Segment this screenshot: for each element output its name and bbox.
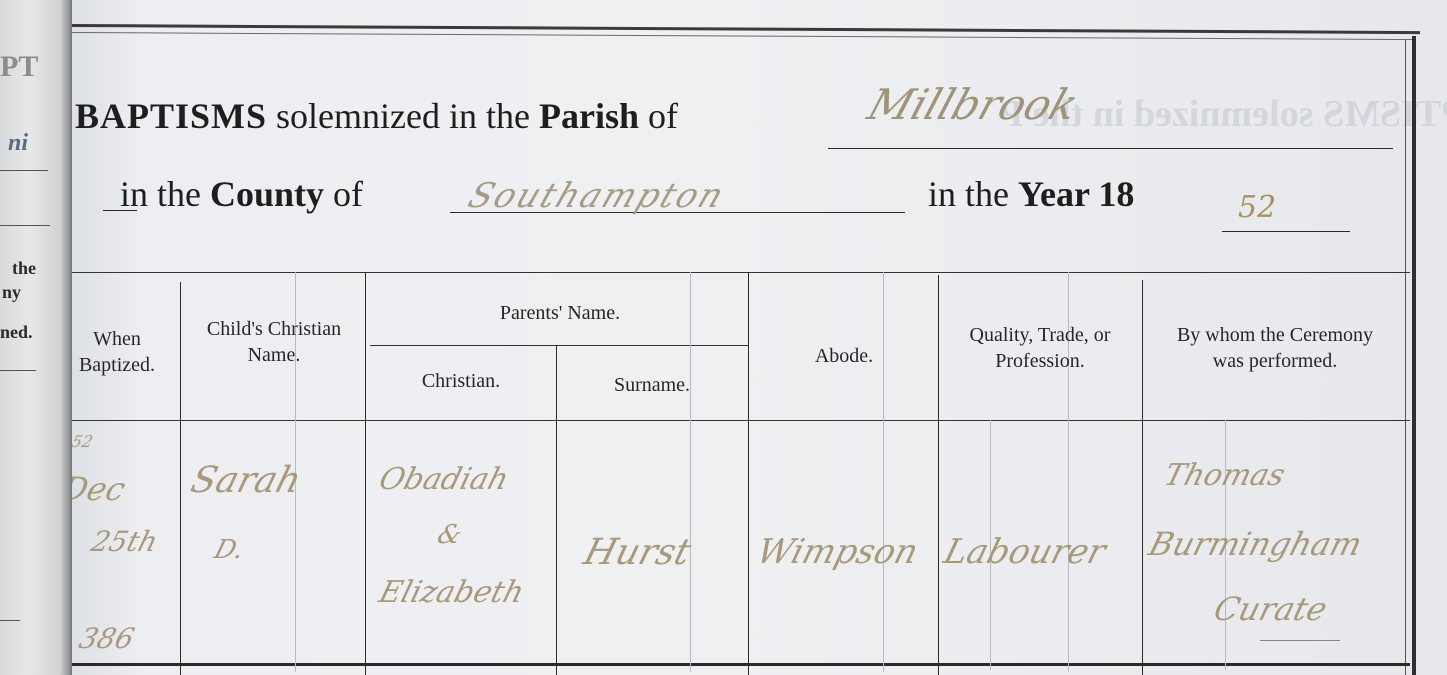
title-parish-word: Parish [539, 96, 639, 136]
prev-page-rule [0, 225, 50, 226]
col-rule-3 [556, 345, 557, 675]
header-top-rule [45, 272, 1410, 273]
header-abode: Abode. [752, 343, 936, 369]
year-prefix: in the [928, 174, 1018, 214]
officiant-underline [1260, 640, 1340, 641]
entry-bottom-rule [35, 663, 1410, 666]
entry-officiant-2: Burmingham [1145, 525, 1366, 563]
title-of: of [639, 96, 678, 136]
year-fill-line [1222, 231, 1350, 232]
entry-day: 25th [88, 525, 162, 558]
entry-parents-christian-1: Obadiah [375, 462, 512, 497]
register-title: BAPTISMS solemnized in the Parish of [75, 95, 678, 137]
prev-page-rule [0, 370, 36, 371]
header-parents-name: Parents' Name. [370, 300, 750, 326]
county-of: of [324, 174, 363, 214]
header-parents-christian: Christian. [368, 368, 554, 394]
year-line: in the Year 18 [928, 173, 1134, 215]
prev-page-fragment: ni [8, 130, 28, 157]
col-rule-1 [180, 282, 181, 675]
county-word: County [210, 174, 324, 214]
header-parents-surname: Surname. [558, 372, 746, 398]
entry-parents-surname: Hurst [580, 532, 696, 573]
header-child-christian-name: Child's Christian Name. [186, 316, 362, 368]
right-border-rule-thin [1405, 40, 1406, 675]
county-name-handwritten: Southampton [463, 176, 731, 216]
year-handwritten: 52 [1238, 190, 1276, 225]
prev-page-rule [0, 170, 48, 171]
prev-page-rule [0, 620, 20, 621]
faint-rule [883, 272, 884, 672]
prev-page-fragment: PT [0, 50, 38, 84]
header-quality-trade-profession: Quality, Trade, or Profession. [945, 322, 1135, 374]
entry-parents-christian-and: & [434, 520, 465, 550]
col-rule-6 [1142, 280, 1143, 675]
entry-number: 386 [76, 622, 138, 655]
header-when-baptized: When Baptized. [62, 326, 172, 378]
year-printed: 18 [1089, 174, 1134, 214]
col-rule-5 [938, 275, 939, 675]
parents-subheader-rule [370, 345, 748, 346]
entry-officiant-3: Curate [1210, 590, 1331, 628]
parish-name-handwritten: Millbrook [862, 80, 1084, 129]
entry-child-name-initial: D. [211, 535, 247, 565]
title-baptisms: BAPTISMS [75, 96, 267, 136]
right-border-rule [1412, 36, 1416, 675]
prev-page-fragment: ny [2, 282, 21, 303]
entry-child-name: Sarah [187, 460, 306, 501]
entry-profession: Labourer [940, 532, 1110, 572]
county-line: in the County of [120, 173, 363, 215]
previous-page-edge: PT ni the ny ned. [0, 0, 72, 675]
year-word: Year [1018, 174, 1089, 214]
faint-rule [690, 272, 691, 672]
prev-page-fragment: ned. [0, 322, 33, 343]
entry-parents-christian-2: Elizabeth [375, 575, 528, 610]
header-by-whom-performed: By whom the Ceremony was performed. [1170, 322, 1380, 374]
col-rule-4 [748, 272, 749, 675]
title-solemnized: solemnized in the [267, 96, 539, 136]
register-page: BAPTISMS solemnized in the P BAPTISMS so… [0, 0, 1447, 675]
prev-page-fragment: the [12, 258, 36, 279]
county-prefix: in the [120, 174, 210, 214]
top-border-rule-thin [70, 32, 1415, 40]
entry-year-handwritten: 52 [69, 432, 94, 451]
parish-fill-line [828, 148, 1393, 149]
col-rule-2 [365, 272, 366, 675]
entry-abode: Wimpson [753, 532, 923, 572]
entry-officiant-1: Thomas [1160, 458, 1289, 493]
header-bottom-rule [40, 420, 1410, 421]
